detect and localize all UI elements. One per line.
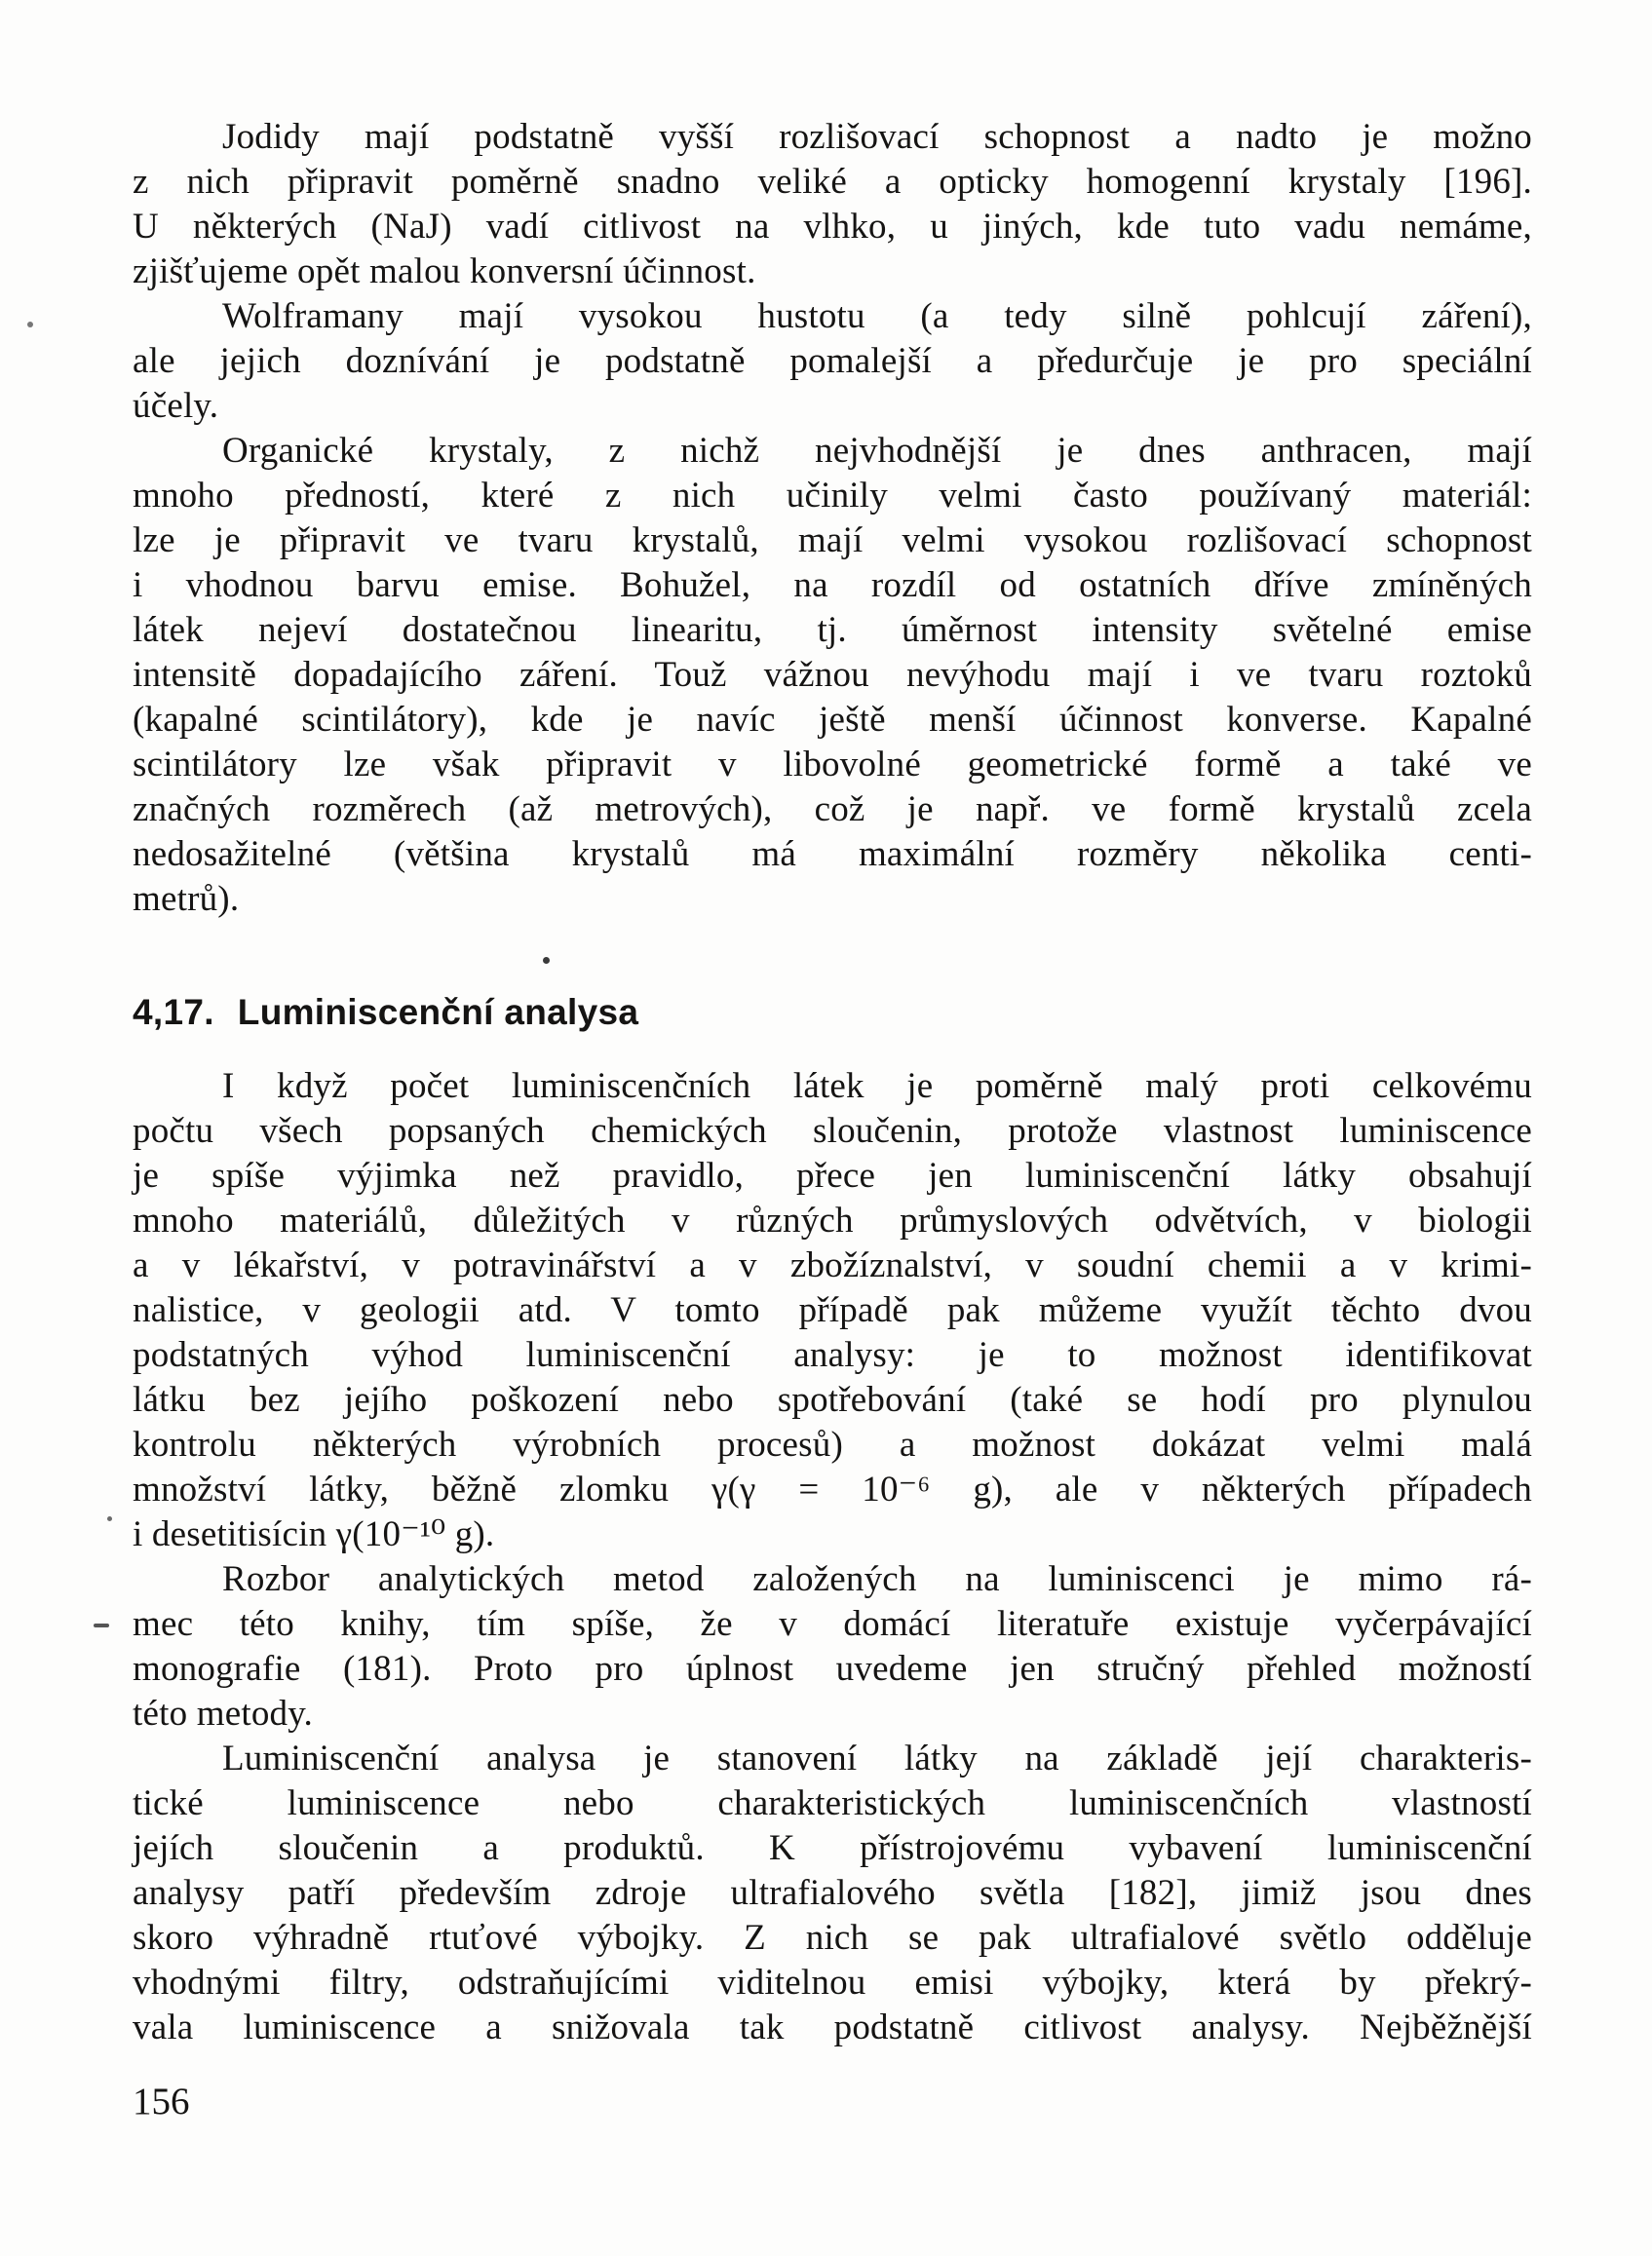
text-line: Wolframany mají vysokou hustotu (a tedy … — [133, 294, 1532, 339]
text-line: I když počet luminiscenčních látek je po… — [133, 1064, 1532, 1109]
text-line: vhodnými filtry, odstraňujícími viditeln… — [133, 1961, 1532, 2006]
text-line: je spíše výjimka než pravidlo, přece jen… — [133, 1154, 1532, 1199]
text-line: analysy patří především zdroje ultrafial… — [133, 1871, 1532, 1916]
text-line: a v lékařství, v potravinářství a v zbož… — [133, 1243, 1532, 1288]
text-line: jejích sloučenin a produktů. K přístrojo… — [133, 1826, 1532, 1871]
text-line: vala luminiscence a snižovala tak podsta… — [133, 2006, 1532, 2050]
text-line: Luminiscenční analysa je stanovení látky… — [133, 1737, 1532, 1781]
paragraph: Rozbor analytických metod založených na … — [133, 1557, 1532, 1737]
text-line: tické luminiscence nebo charakteristický… — [133, 1781, 1532, 1826]
text-line: Organické krystaly, z nichž nejvhodnější… — [133, 429, 1532, 474]
text-line: monografie (181). Proto pro úplnost uved… — [133, 1647, 1532, 1692]
text-line: U některých (NaJ) vadí citlivost na vlhk… — [133, 205, 1532, 249]
text-line: mnoho materiálů, důležitých v různých pr… — [133, 1199, 1532, 1243]
paragraph: Luminiscenční analysa je stanovení látky… — [133, 1737, 1532, 2050]
text-line: Jodidy mají podstatně vyšší rozlišovací … — [133, 115, 1532, 160]
text-line: skoro výhradně rtuťové výbojky. Z nich s… — [133, 1916, 1532, 1961]
text-line: nalistice, v geologii atd. V tomto přípa… — [133, 1288, 1532, 1333]
text-block: Jodidy mají podstatně vyšší rozlišovací … — [133, 115, 1532, 2124]
text-line: metrů). — [133, 877, 1532, 922]
section-title: Luminiscenční analysa — [238, 992, 638, 1032]
text-line: mnoho předností, které z nich učinily ve… — [133, 474, 1532, 518]
paragraph: Organické krystaly, z nichž nejvhodnější… — [133, 429, 1532, 922]
text-line: intensitě dopadajícího záření. Touž vážn… — [133, 653, 1532, 698]
text-line: i desetitisícin γ(10⁻¹⁰ g). — [133, 1512, 1532, 1557]
text-line: scintilátory lze však připravit v libovo… — [133, 743, 1532, 787]
paragraph: I když počet luminiscenčních látek je po… — [133, 1064, 1532, 1557]
text-line: mec této knihy, tím spíše, že v domácí l… — [133, 1602, 1532, 1647]
text-line: účely. — [133, 384, 1532, 429]
scan-speck — [27, 322, 33, 327]
text-line: Rozbor analytických metod založených na … — [133, 1557, 1532, 1602]
text-line: podstatných výhod luminiscenční analysy:… — [133, 1333, 1532, 1378]
text-line: této metody. — [133, 1692, 1532, 1737]
text-line: ale jejich doznívání je podstatně pomale… — [133, 339, 1532, 384]
page-number: 156 — [133, 2080, 1532, 2124]
text-line: množství látky, běžně zlomku γ(γ = 10⁻⁶ … — [133, 1468, 1532, 1512]
section-number: 4,17. — [133, 992, 214, 1032]
scan-speck — [94, 1624, 109, 1627]
scan-speck — [107, 1516, 112, 1521]
book-page: Jodidy mají podstatně vyšší rozlišovací … — [0, 0, 1652, 2256]
paragraph: Wolframany mají vysokou hustotu (a tedy … — [133, 294, 1532, 429]
text-line: z nich připravit poměrně snadno veliké a… — [133, 160, 1532, 205]
text-line: látku bez jejího poškození nebo spotřebo… — [133, 1378, 1532, 1423]
text-line: počtu všech popsaných chemických sloučen… — [133, 1109, 1532, 1154]
text-line: i vhodnou barvu emise. Bohužel, na rozdí… — [133, 563, 1532, 608]
text-line: zjišťujeme opět malou konversní účinnost… — [133, 249, 1532, 294]
text-line: lze je připravit ve tvaru krystalů, mají… — [133, 518, 1532, 563]
text-line: (kapalné scintilátory), kde je navíc ješ… — [133, 698, 1532, 743]
text-line: látek nejeví dostatečnou linearitu, tj. … — [133, 608, 1532, 653]
text-line: nedosažitelné (většina krystalů má maxim… — [133, 832, 1532, 877]
section-heading: 4,17.Luminiscenční analysa — [133, 990, 1532, 1035]
text-line: kontrolu některých výrobních procesů) a … — [133, 1423, 1532, 1468]
text-line: značných rozměrech (až metrových), což j… — [133, 787, 1532, 832]
paragraph: Jodidy mají podstatně vyšší rozlišovací … — [133, 115, 1532, 294]
